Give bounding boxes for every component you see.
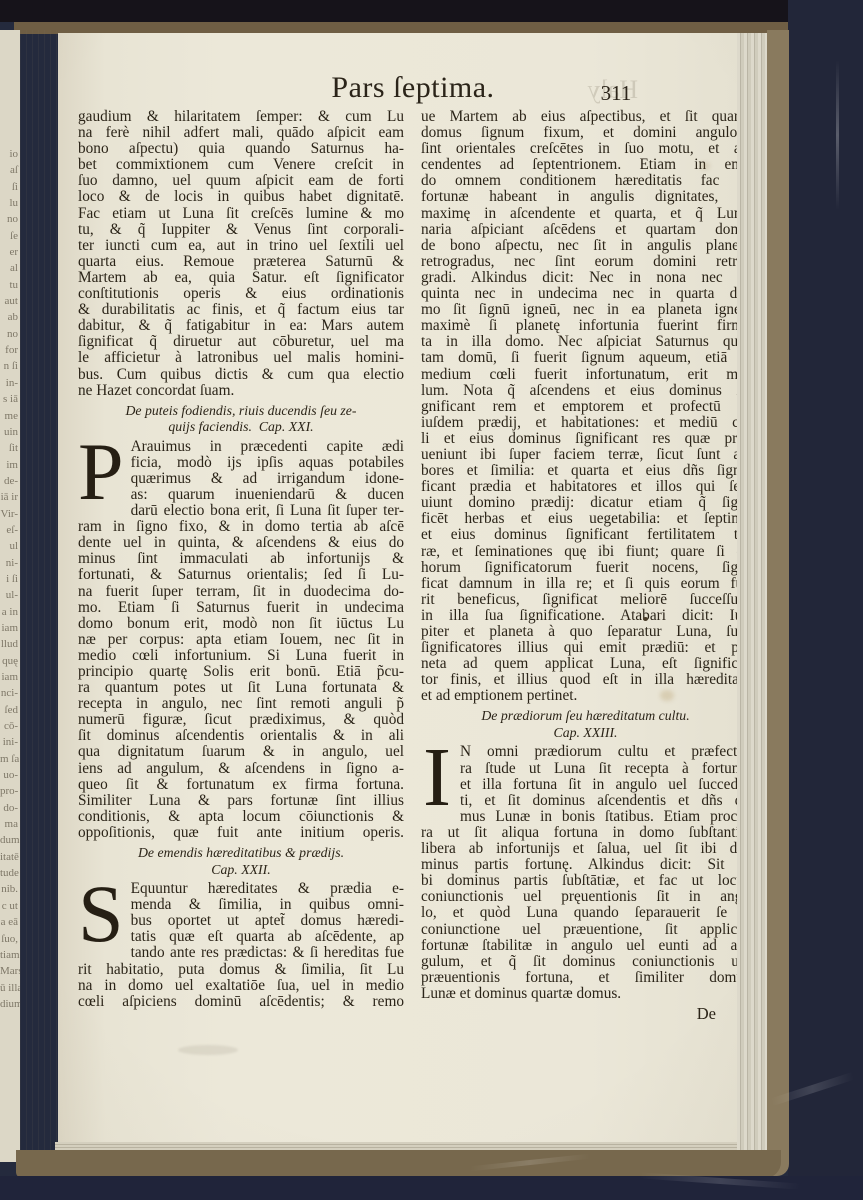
text-line: recepta in angulo, nec ſint remoti angul… xyxy=(78,696,404,712)
paragraph-continuation: ue Martem ab eius aſpectibus, et ſit qua… xyxy=(421,109,750,704)
text-line: bet commixtionem cum Venere creſcit in xyxy=(78,157,404,173)
text-line: darū electio bona erit, ſi Luna ſit ſupe… xyxy=(78,503,404,519)
facing-page-text-fragment: aut xyxy=(0,293,20,309)
text-line: horum ſignificatorum fuerit nocens, ſign… xyxy=(421,560,750,576)
text-line: ræ, et ſeminationes quę ibi fiunt; quare… xyxy=(421,544,750,560)
text-line: domo bonum erit, modò non ſit iūctus Lu xyxy=(78,616,404,632)
facing-page-text-fragment: me xyxy=(0,408,20,424)
text-line: ficat damnum in illa re; et ſi quis eoru… xyxy=(421,576,750,592)
facing-page-text-fragment: al xyxy=(0,260,20,276)
text-line: ra quantum potes ut ſit Luna fortunata & xyxy=(78,680,404,696)
text-line: ſit dominus aſcendentis orientalis & in … xyxy=(78,728,404,744)
text-line: le afficietur à latronibus uel malis hom… xyxy=(78,350,404,366)
text-line: bi dominus partis ſubſtātiæ, et fac ut l… xyxy=(421,873,750,889)
text-line: neta ad quem applicat Luna, eſt ſignific… xyxy=(421,656,750,672)
scan-background-top xyxy=(0,0,863,22)
paper-stain xyxy=(700,162,710,170)
catchword: De xyxy=(421,1006,750,1022)
text-line: tando ante res prædictas: & ſi hereditas… xyxy=(78,945,404,961)
facing-page-text-fragment: s iā xyxy=(0,391,20,407)
text-line: minus ſint immaculati ab infortunijs & xyxy=(78,551,404,567)
text-line: dabitur, & q̃ fatigabitur in ea: Mars au… xyxy=(78,318,404,334)
text-line: ueniunt ibi ſuper faciem terræ, ſicut ſu… xyxy=(421,447,750,463)
text-line: et ad emptionem pertinet. xyxy=(421,688,750,704)
facing-page-text-fragment: ſi xyxy=(0,179,20,195)
text-line: ſignificatores illius qui emit prædiū: e… xyxy=(421,640,750,656)
text-line: Similiter Luna & pars fortunæ ſint illiu… xyxy=(78,793,404,809)
page-number: 311 xyxy=(586,81,646,106)
facing-page-fragments: ioaſſilunoſeeraltuautabnoforn ſiin-s iām… xyxy=(0,30,20,1012)
facing-page-text-fragment: ab xyxy=(0,309,20,325)
chapter-heading-line: Cap. XXII. xyxy=(78,862,404,879)
text-line: tatis quæ eſt quarta ab aſcēdente, ap xyxy=(78,929,404,945)
text-line: lo, et quòd Luna quando ſeparauerit ſe à xyxy=(421,905,750,921)
chapter-heading-line: De prædiorum ſeu hæreditatum cultu. xyxy=(421,708,750,725)
text-line: dente uel in quinta, & aſcendens & eius … xyxy=(78,535,404,551)
text-line: menda & ſimilia, in quibus omni- xyxy=(78,897,404,913)
dropcap-initial: S xyxy=(78,884,124,946)
text-line: qua dignitatum ſuarum & in angulo, uel xyxy=(78,744,404,760)
facing-page-text-fragment: ul- xyxy=(0,587,20,603)
text-line: queo ſit & fortunatum ex firma fortuna. xyxy=(78,777,404,793)
chapter-23-body: N omni prædiorum cultu et præfectu-ra ſt… xyxy=(421,744,750,1002)
facing-page-text-fragment: Mars xyxy=(0,963,20,979)
facing-page-text-fragment: pro- xyxy=(0,783,20,799)
show-through-smudge xyxy=(178,1045,238,1055)
text-line: medio cœli infortunium. Si Luna fuerit i… xyxy=(78,648,404,664)
chapter-23: I N omni prædiorum cultu et præfectu-ra … xyxy=(421,744,750,1002)
text-line: loco & de locis in quibus habet dignitat… xyxy=(78,189,404,205)
text-line: Martem ab ea, quia Satur. eſt ſignificat… xyxy=(78,270,404,286)
text-line: ter iuncti cum ea, aut in trino uel ſext… xyxy=(78,238,404,254)
text-line: fortunati, & Saturnus orientalis; ſed ſi… xyxy=(78,567,404,583)
facing-page-text-fragment: for xyxy=(0,342,20,358)
facing-page-text-fragment: in- xyxy=(0,375,20,391)
text-columns: gaudium & hilaritatem ſemper: & cum Luna… xyxy=(78,109,750,1022)
text-line: ficēt herbas et eius uegetabilia: et ſep… xyxy=(421,511,750,527)
facing-page-text-fragment: ul xyxy=(0,538,20,554)
chapter-heading-line: De puteis fodiendis, riuis ducendis ſeu … xyxy=(78,403,404,420)
text-line: næ per corpus: apta etiam Iouem, nec ſit… xyxy=(78,632,404,648)
text-line: oppoſitionis, quæ fuit ante initium oper… xyxy=(78,825,404,841)
chapter-21: P Arauimus in præcedenti capite ædificia… xyxy=(78,439,404,841)
text-line: iens ad angulum, & aſcendens in ſigno a- xyxy=(78,761,404,777)
facing-page-text-fragment: dium xyxy=(0,996,20,1012)
text-line: gnificant rem et emptorem et profectū e- xyxy=(421,399,750,415)
chapter-21-body: Arauimus in præcedenti capite ædificia, … xyxy=(78,439,404,841)
text-line: ue Martem ab eius aſpectibus, et ſit qua… xyxy=(421,109,750,125)
facing-page-text-fragment: a eā xyxy=(0,914,20,930)
text-line: iuſdem prædij, et habitationes: et mediū… xyxy=(421,415,750,431)
background-scratch-mark xyxy=(836,60,839,210)
text-line: conſtitutionis operis & eius ordinationi… xyxy=(78,286,404,302)
text-line: bores et ſimilia: et quarta et eius dñs … xyxy=(421,463,750,479)
text-line: ti, et ſit dominus aſcendentis et dñs do xyxy=(421,793,750,809)
facing-page-text-fragment: Vir- xyxy=(0,506,20,522)
text-line: piter et planeta à quo ſeparatur Luna, ſ… xyxy=(421,624,750,640)
text-line: præuentionis fortuna, et ſimiliter domus xyxy=(421,970,750,986)
facing-page-text-fragment: no xyxy=(0,326,20,342)
text-line: cœli aſpiciens dominū aſcēdentis; & remo xyxy=(78,994,404,1010)
text-line: & durabilitatis ac finis, et q̃ factum e… xyxy=(78,302,404,318)
text-line: mo ſit ſignū igneū, nec in ea planeta ig… xyxy=(421,302,750,318)
text-line: fortunæ ſtabilitæ in angulo uel eunti ad… xyxy=(421,938,750,954)
facing-page-text-fragment: de- xyxy=(0,473,20,489)
text-line: quærimus & ad irrigandum idone- xyxy=(78,471,404,487)
facing-page-text-fragment: itatē xyxy=(0,849,20,865)
text-line: et illa fortuna ſit in angulo uel ſucced… xyxy=(421,777,750,793)
text-line: uiunt domino prædij: dicatur etiam q̃ ſi… xyxy=(421,495,750,511)
chapter-21-heading: De puteis fodiendis, riuis ducendis ſeu … xyxy=(78,403,404,436)
text-line: ſuo damno, uel quum aſpicit eam de forti xyxy=(78,173,404,189)
text-line: ficant prædia et habitatores et illos qu… xyxy=(421,479,750,495)
text-line: quinta nec in undecima nec in quarta do- xyxy=(421,286,750,302)
text-line: maximę in aſcendente et quarta, et q̃ Lu… xyxy=(421,206,750,222)
text-line: lum. Nota q̃ aſcendens et eius dominus ſ… xyxy=(421,383,750,399)
text-line: conditionis, & apta locum cōiunctionis & xyxy=(78,809,404,825)
text-line: na in domo uel exaltatiōe ſua, uel in me… xyxy=(78,978,404,994)
text-line: rit habitatio, puta domus & ſimilia, ſit… xyxy=(78,962,404,978)
facing-page-text-fragment: llud xyxy=(0,636,20,652)
facing-page-text-fragment: tude xyxy=(0,865,20,881)
text-line: rit beneficus, ſignificat meliorē ſucceſ… xyxy=(421,592,750,608)
facing-page-text-fragment: io xyxy=(0,146,20,162)
facing-page-text-fragment: ſed xyxy=(0,702,20,718)
text-line: gulum, et q̃ ſit dominus coniunctionis u… xyxy=(421,954,750,970)
text-line: bus oportet ut aptet̃ domus hæredi- xyxy=(78,913,404,929)
facing-page-text-fragment: iam xyxy=(0,620,20,636)
facing-page-text-fragment: eſ- xyxy=(0,522,20,538)
facing-page-edge: ioaſſilunoſeeraltuautabnoforn ſiin-s iām… xyxy=(0,30,20,1162)
text-line: gradi. Alkindus dicit: Nec in nona nec i… xyxy=(421,270,750,286)
text-line: bono aſpectu) quia quando Saturnus ha- xyxy=(78,141,404,157)
text-line: medium cœli fuerit infortunatum, erit ma… xyxy=(421,367,750,383)
chapter-22-heading: De emendis hæreditatibus & prædijs.Cap. … xyxy=(78,845,404,878)
text-line: coniunctionis uel pręuentionis ſit in an… xyxy=(421,889,750,905)
facing-page-text-fragment: do- xyxy=(0,800,20,816)
facing-page-text-fragment: nci- xyxy=(0,685,20,701)
text-line: principio quartę Solis erit bonū. Etiā p… xyxy=(78,664,404,680)
facing-page-text-fragment: uin xyxy=(0,424,20,440)
chapter-heading-line: Cap. XXIII. xyxy=(421,725,750,742)
facing-page-text-fragment: a in xyxy=(0,604,20,620)
text-line: tam domū, ſi fuerit ſignum aqueum, etiā … xyxy=(421,350,750,366)
facing-page-text-fragment: i ſi xyxy=(0,571,20,587)
text-line: domus ſignum fixum, et domini angulorū xyxy=(421,125,750,141)
text-line: bus. Cum quibus dictis & cum qua electio xyxy=(78,367,404,383)
text-line: mo. Etiam ſi Saturnus fuerit in undecima xyxy=(78,600,404,616)
text-line: ra ſtude ut Luna ſit recepta à fortuna, xyxy=(421,761,750,777)
text-line: Arauimus in præcedenti capite ædi xyxy=(78,439,404,455)
facing-page-text-fragment: tiam xyxy=(0,947,20,963)
text-line: minus partis fortunę. Alkindus dicit: Si… xyxy=(421,857,750,873)
text-line: quarta eius. Remoue præterea Saturnū & xyxy=(78,254,404,270)
facing-page-text-fragment: quę xyxy=(0,653,20,669)
text-line: N omni prædiorum cultu et præfectu- xyxy=(421,744,750,760)
dropcap-initial: I xyxy=(423,747,451,811)
text-line: numerū figuræ, ſicut prædiximus, & quòd xyxy=(78,712,404,728)
facing-page-text-fragment: ni- xyxy=(0,555,20,571)
fore-edge-page-stack xyxy=(737,33,767,1155)
facing-page-text-fragment: ſuo, xyxy=(0,931,20,947)
text-line: na ferè nihil adfert mali, quādo aſpicit… xyxy=(78,125,404,141)
facing-page-text-fragment: no xyxy=(0,211,20,227)
scan-background-right xyxy=(788,0,863,1200)
book-scan: ioaſſilunoſeeraltuautabnoforn ſiin-s iām… xyxy=(0,0,863,1200)
text-line: in illa ſua ſignificatione. Atabari dici… xyxy=(421,608,750,624)
text-line: fortunæ habeant in angulis dignitates, e… xyxy=(421,189,750,205)
ink-speck xyxy=(643,617,648,621)
chapter-heading-line: quijs faciendis. Cap. XXI. xyxy=(78,419,404,436)
facing-page-text-fragment: er xyxy=(0,244,20,260)
text-line: ta in illa domo. Nec aſpiciat Saturnus q… xyxy=(421,334,750,350)
facing-page-text-fragment: tu xyxy=(0,277,20,293)
facing-page-text-fragment: ū illa xyxy=(0,980,20,996)
text-line: naria aſpiciant aſcēdens et quartam domū xyxy=(421,222,750,238)
text-line: tu, & q̃ Iuppiter & Venus ſint corporali… xyxy=(78,222,404,238)
left-column: gaudium & hilaritatem ſemper: & cum Luna… xyxy=(78,109,404,1022)
facing-page-text-fragment: iā ir xyxy=(0,489,20,505)
facing-page-text-fragment: m ſa xyxy=(0,751,20,767)
text-line: tor finis, et illius quod eſt in illa hæ… xyxy=(421,672,750,688)
chapter-22: S Equuntur hæreditates & prædia e-menda … xyxy=(78,881,404,1010)
text-line: gaudium & hilaritatem ſemper: & cum Lu xyxy=(78,109,404,125)
text-line: as: quarum inueniendarū & ducen xyxy=(78,487,404,503)
facing-page-text-fragment: c ut xyxy=(0,898,20,914)
facing-page-text-fragment: ini- xyxy=(0,734,20,750)
text-line: ſignificat q̃ diruetur aut cōburetur, ue… xyxy=(78,334,404,350)
text-line: ram in ſigno fixo, & in domo tertia ab a… xyxy=(78,519,404,535)
text-line: Equuntur hæreditates & prædia e- xyxy=(78,881,404,897)
facing-page-text-fragment: im xyxy=(0,457,20,473)
paper-stain xyxy=(660,690,674,701)
facing-page-text-fragment: cō- xyxy=(0,718,20,734)
facing-page-text-fragment: ma xyxy=(0,816,20,832)
text-line: retrogradus, nec ſint eorum domini retro… xyxy=(421,254,750,270)
text-line: libera ab infortunijs et ſalua, uel ſit … xyxy=(421,841,750,857)
text-line: na fuerit ſuper terram, ſit in duodecima… xyxy=(78,584,404,600)
right-column: ue Martem ab eius aſpectibus, et ſit qua… xyxy=(421,109,750,1022)
text-line: ne Hazet concordat ſuam. xyxy=(78,383,404,399)
chapter-22-body: Equuntur hæreditates & prædia e-menda & … xyxy=(78,881,404,1010)
book-board-right-edge xyxy=(767,30,789,1176)
facing-page-text-fragment: n ſi xyxy=(0,358,20,374)
facing-page-text-fragment: uo- xyxy=(0,767,20,783)
chapter-heading-line: De emendis hæreditatibus & prædijs. xyxy=(78,845,404,862)
text-line: coniunctione uel præuentione, ſit applic… xyxy=(421,922,750,938)
facing-page-text-fragment: dum xyxy=(0,832,20,848)
text-line: Fac etiam ut Luna ſit creſcēs lumine & m… xyxy=(78,206,404,222)
text-line: ra ut ſit aliqua fortuna in domo ſubſtan… xyxy=(421,825,750,841)
text-line: Lunæ et dominus quartæ domus. xyxy=(421,986,750,1002)
text-line: de bono aſpectu, nec ſit in angulis plan… xyxy=(421,238,750,254)
text-line: ſint orientales creſcētes in ſuo motu, e… xyxy=(421,141,750,157)
text-line: mus Lunæ in bonis ſtatibus. Etiam procu- xyxy=(421,809,750,825)
facing-page-text-fragment: ſe xyxy=(0,228,20,244)
text-line: ficia, modò ijs ipſis aquas potabiles xyxy=(78,455,404,471)
book-page: Pars ſeptima. Haly 311 gaudium & hilarit… xyxy=(58,33,737,1146)
paragraph-continuation: gaudium & hilaritatem ſemper: & cum Luna… xyxy=(78,109,404,399)
dropcap-initial: P xyxy=(78,442,124,504)
text-line: maximè ſi planetę infortunia fuerint fir… xyxy=(421,318,750,334)
text-line: li et eius dominus ſignificant res quæ p… xyxy=(421,431,750,447)
facing-page-text-fragment: nib. xyxy=(0,881,20,897)
text-line: et eius dominus ſignificant fertilitatem… xyxy=(421,527,750,543)
facing-page-text-fragment: lu xyxy=(0,195,20,211)
chapter-23-heading: De prædiorum ſeu hæreditatum cultu.Cap. … xyxy=(421,708,750,741)
facing-page-text-fragment: iam xyxy=(0,669,20,685)
facing-page-text-fragment: ſit xyxy=(0,440,20,456)
gutter-fold-lines xyxy=(20,30,58,1156)
text-line: do omnem conditionem hæreditatis fac ut xyxy=(421,173,750,189)
facing-page-text-fragment: aſ xyxy=(0,162,20,178)
